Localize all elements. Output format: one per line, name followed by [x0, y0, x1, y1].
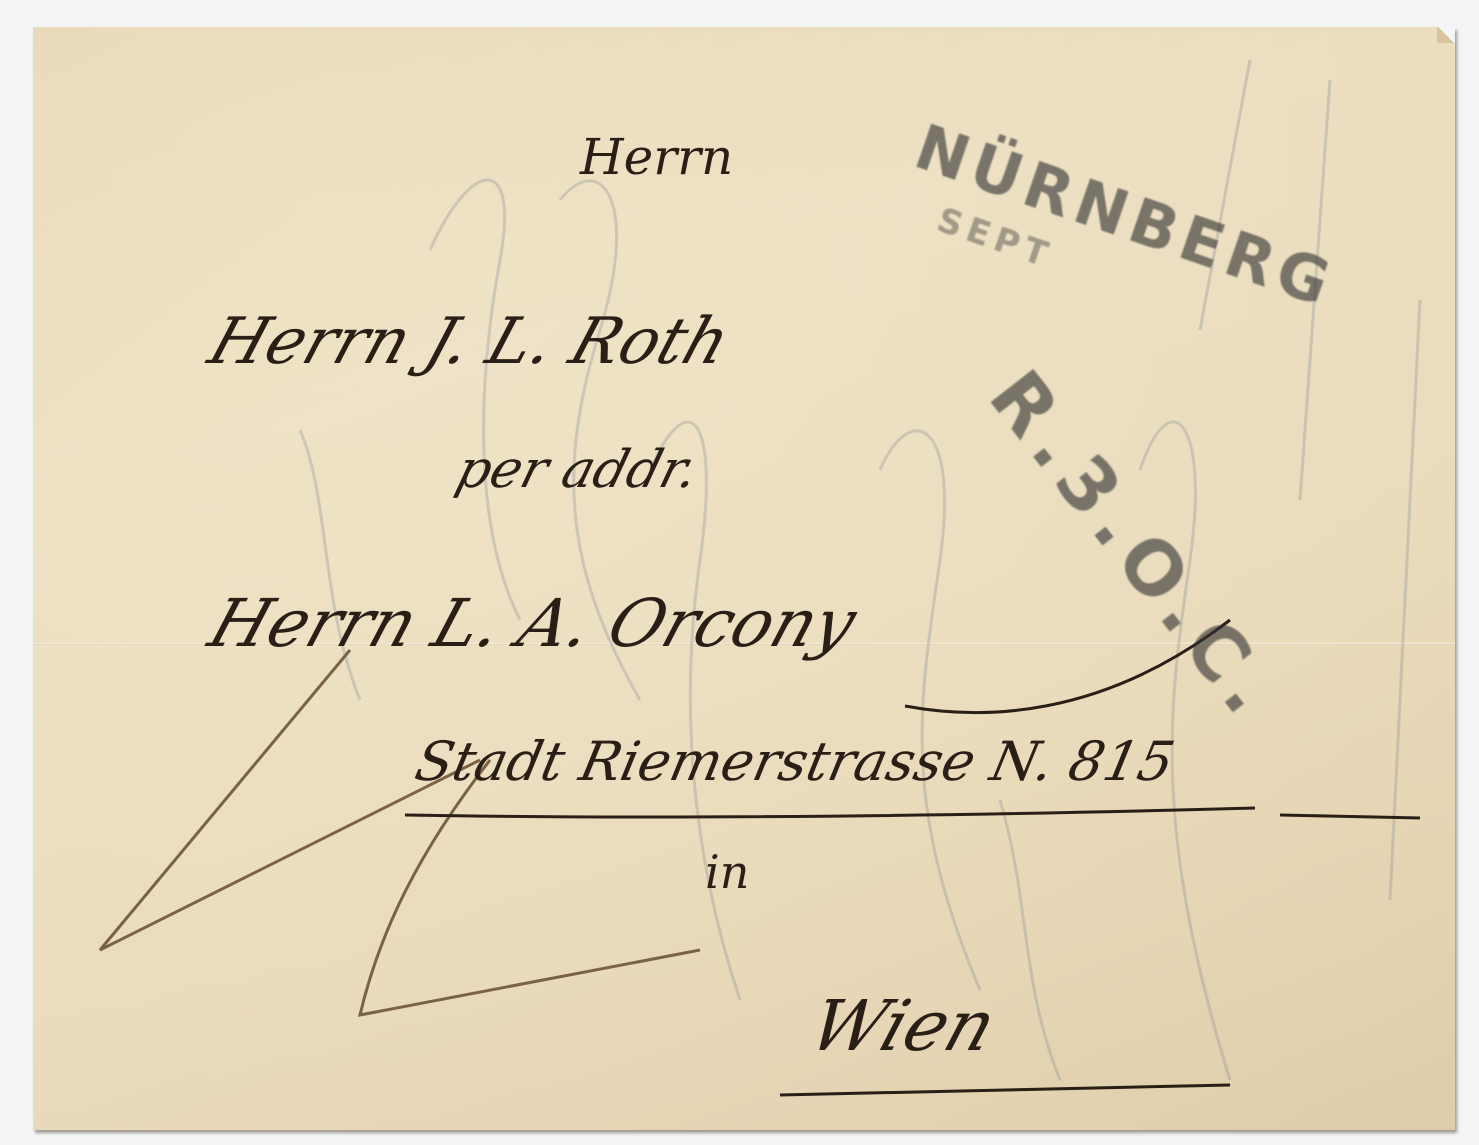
letter-cover [33, 27, 1455, 1130]
street-address: Stadt Riemerstrasse N. 815 [410, 730, 1180, 793]
addressee-name: Herrn J. L. Roth [200, 305, 739, 379]
preposition-in: in [705, 845, 749, 899]
salutation-top: Herrn [580, 128, 733, 186]
destination-city: Wien [800, 985, 1006, 1067]
care-of-line: per addr. [450, 440, 705, 500]
forwarding-addressee: Herrn L. A. Orcony [200, 585, 866, 662]
folded-corner [1437, 27, 1455, 43]
